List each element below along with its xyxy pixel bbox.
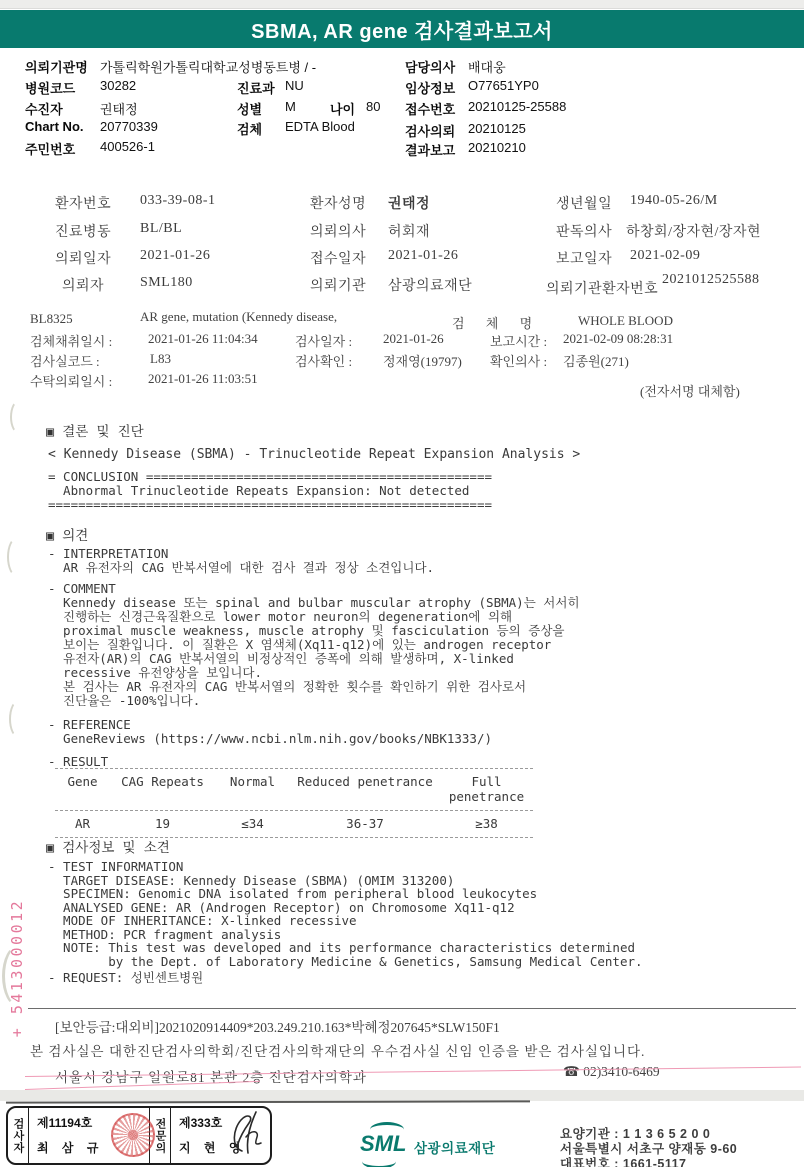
footer-divider [28,1008,796,1009]
specialist-cell: 제333호 지 현 영 [171,1108,270,1163]
order-code: BL8325 [30,311,73,327]
patient-value: 033-39-08-1 [140,193,216,209]
info-value: 20210125-25588 [468,99,566,114]
sml-logo: SML [360,1124,410,1162]
patient-value: 2021-01-26 [140,248,210,264]
test-name: AR gene, mutation (Kennedy disease, [140,309,337,325]
info-value: M [285,99,296,114]
phone-number: ☎ 02)3410-6469 [563,1064,660,1080]
scan-artifact [10,400,28,434]
section-conclusion-title: ▣ 결론 및 진단 [46,420,144,440]
patient-label: 의뢰자 [62,275,104,295]
table-row: AR 19 ≤34 36-37 ≥38 [55,811,533,837]
info-label: 검사의뢰 [405,121,455,140]
patient-label: 판독의사 [556,221,612,241]
specialist-cert-no: 제333호 [179,1116,222,1130]
collected-label: 검체채취일시 : [30,331,112,350]
page-title: SBMA, AR gene 검사결과보고서 [251,15,553,44]
report-title-banner: SBMA, AR gene 검사결과보고서 [0,10,804,48]
request-dt-value: 2021-01-26 11:03:51 [148,371,258,387]
info-value: O77651YP0 [468,78,539,93]
info-label: 진료과 [237,78,275,97]
verified-value: 정재영(19797) [383,351,462,370]
specimen-value: WHOLE BLOOD [578,313,673,329]
info-label: 임상정보 [405,78,455,97]
examiner-cert-no: 제11194호 [37,1116,92,1130]
result-label: - RESULT [48,755,108,769]
scan-artifact [9,700,28,738]
page-edge-shadow [6,1100,530,1103]
patient-value: 2021012525588 [662,272,766,287]
col-header: Gene [55,769,110,810]
verified-label: 검사확인 : [295,351,352,370]
info-label: 검체 [237,119,262,138]
info-label: 주민번호 [25,139,75,158]
patient-value: 하창회/장자현/장자현 [626,221,761,241]
patient-value: BL/BL [140,221,182,237]
info-value: 권태정 [100,99,138,118]
security-line: [보안등급:대외비]2021020914409*203.249.210.163*… [55,1016,500,1036]
comment-block: - COMMENT Kennedy disease 또는 spinal and … [48,582,580,708]
patient-value: 1940-05-26/M [630,193,718,209]
org-line-phone: 대표번호 : 1661-5117 [560,1154,687,1167]
examiner-cell: 제11194호 최 삼 규 [29,1108,149,1163]
info-value: 400526-1 [100,139,155,154]
patient-value: SML180 [140,275,193,291]
footer-gray-band [0,1090,804,1101]
interpretation-block: - INTERPRETATION AR 유전자의 CAG 반복서열에 대한 검사… [48,547,434,575]
info-label: 성별 [237,99,262,118]
confirm-doctor-value: 김종원(271) [563,351,629,370]
report-page: SBMA, AR gene 검사결과보고서 의뢰기관명 가톨릭학원가톨릭대학교성… [0,0,804,1167]
test-date-value: 2021-01-26 [383,331,444,347]
col-header: Reduced penetrance [290,769,440,810]
cell-full: ≥38 [440,811,533,837]
section-test-info-title: ▣ 검사정보 및 소견 [46,836,170,856]
signature-icon [226,1109,268,1162]
section-opinion-title: ▣ 의견 [46,524,88,544]
info-label: 접수번호 [405,99,455,118]
esign-note: (전자서명 대체함) [640,381,740,400]
patient-label: 의뢰기관환자번호 [546,278,658,298]
accreditation-line: 본 검사실은 대한진단검사의학회/진단검사의학재단의 우수검사실 신임 인증을 … [30,1040,645,1060]
info-value: EDTA Blood [285,119,355,134]
scan-artifact [7,537,27,577]
info-label: 수진자 [25,99,63,118]
info-label: 나이 [330,99,355,118]
patient-value: 삼광의료재단 [388,275,472,295]
lab-code-label: 검사실코드 : [30,351,100,370]
org-name: 삼광의료재단 [414,1137,495,1157]
patient-value: 허회재 [388,221,430,241]
patient-label: 의뢰일자 [55,248,111,268]
info-value: 20770339 [100,119,158,134]
sml-logo-bottom-arc [362,1154,396,1167]
patient-label: 진료병동 [55,221,111,241]
info-label: Chart No. [25,119,84,134]
cell-cag-repeats: 19 [110,811,215,837]
confirm-doctor-label: 확인의사 : [490,351,547,370]
request-dt-label: 수탁의뢰일시 : [30,371,112,390]
examiner-stamp-box: 검사자 제11194호 최 삼 규 전문의 제333호 지 현 영 [6,1106,272,1165]
patient-value: 2021-01-26 [388,248,458,264]
info-value: 20210210 [468,140,526,155]
info-value: 배대웅 [468,57,506,76]
col-header: Normal [215,769,290,810]
request-block: - REQUEST: 성빈센트병원 [48,971,203,985]
result-table: Gene CAG Repeats Normal Reduced penetran… [55,768,533,838]
patient-label: 의뢰기관 [310,275,366,295]
info-value: 가톨릭학원가톨릭대학교성병동트병 / - [100,57,316,76]
col-header: Full penetrance [440,769,533,810]
cell-normal: ≤34 [215,811,290,837]
report-time-label: 보고시간 : [490,331,547,350]
test-date-label: 검사일자 : [295,331,352,350]
info-value: 20210125 [468,121,526,136]
info-label: 결과보고 [405,140,455,159]
patient-label: 생년월일 [556,193,612,213]
patient-label: 환자성명 [310,193,366,213]
info-label: 병원코드 [25,78,75,97]
patient-value: 2021-02-09 [630,248,700,264]
table-header-row: Gene CAG Repeats Normal Reduced penetran… [55,769,533,810]
info-value: NU [285,78,304,93]
scan-artifact [2,945,35,1007]
top-strip [0,0,804,9]
red-seal-stamp-icon [111,1113,155,1157]
conclusion-block: = CONCLUSION ===========================… [48,470,492,512]
patient-label: 접수일자 [310,248,366,268]
info-label: 담당의사 [405,57,455,76]
report-time-value: 2021-02-09 08:28:31 [563,331,673,347]
patient-label: 환자번호 [55,193,111,213]
info-value: 30282 [100,78,136,93]
specimen-label: 검 체 명 [452,313,541,332]
examiner-role-label: 검사자 [8,1108,29,1163]
info-label: 의뢰기관명 [25,57,88,76]
analysis-title: < Kennedy Disease (SBMA) - Trinucleotide… [48,447,580,462]
lab-code-value: L83 [150,351,171,367]
cell-reduced: 36-37 [290,811,440,837]
info-value: 80 [366,99,380,114]
patient-label: 의뢰의사 [310,221,366,241]
cell-gene: AR [55,811,110,837]
col-header: CAG Repeats [110,769,215,810]
collected-value: 2021-01-26 11:04:34 [148,331,258,347]
test-info-block: - TEST INFORMATION TARGET DISEASE: Kenne… [48,860,643,968]
patient-label: 보고일자 [556,248,612,268]
reference-block: - REFERENCE GeneReviews (https://www.ncb… [48,718,492,746]
patient-value: 권태정 [388,193,430,213]
